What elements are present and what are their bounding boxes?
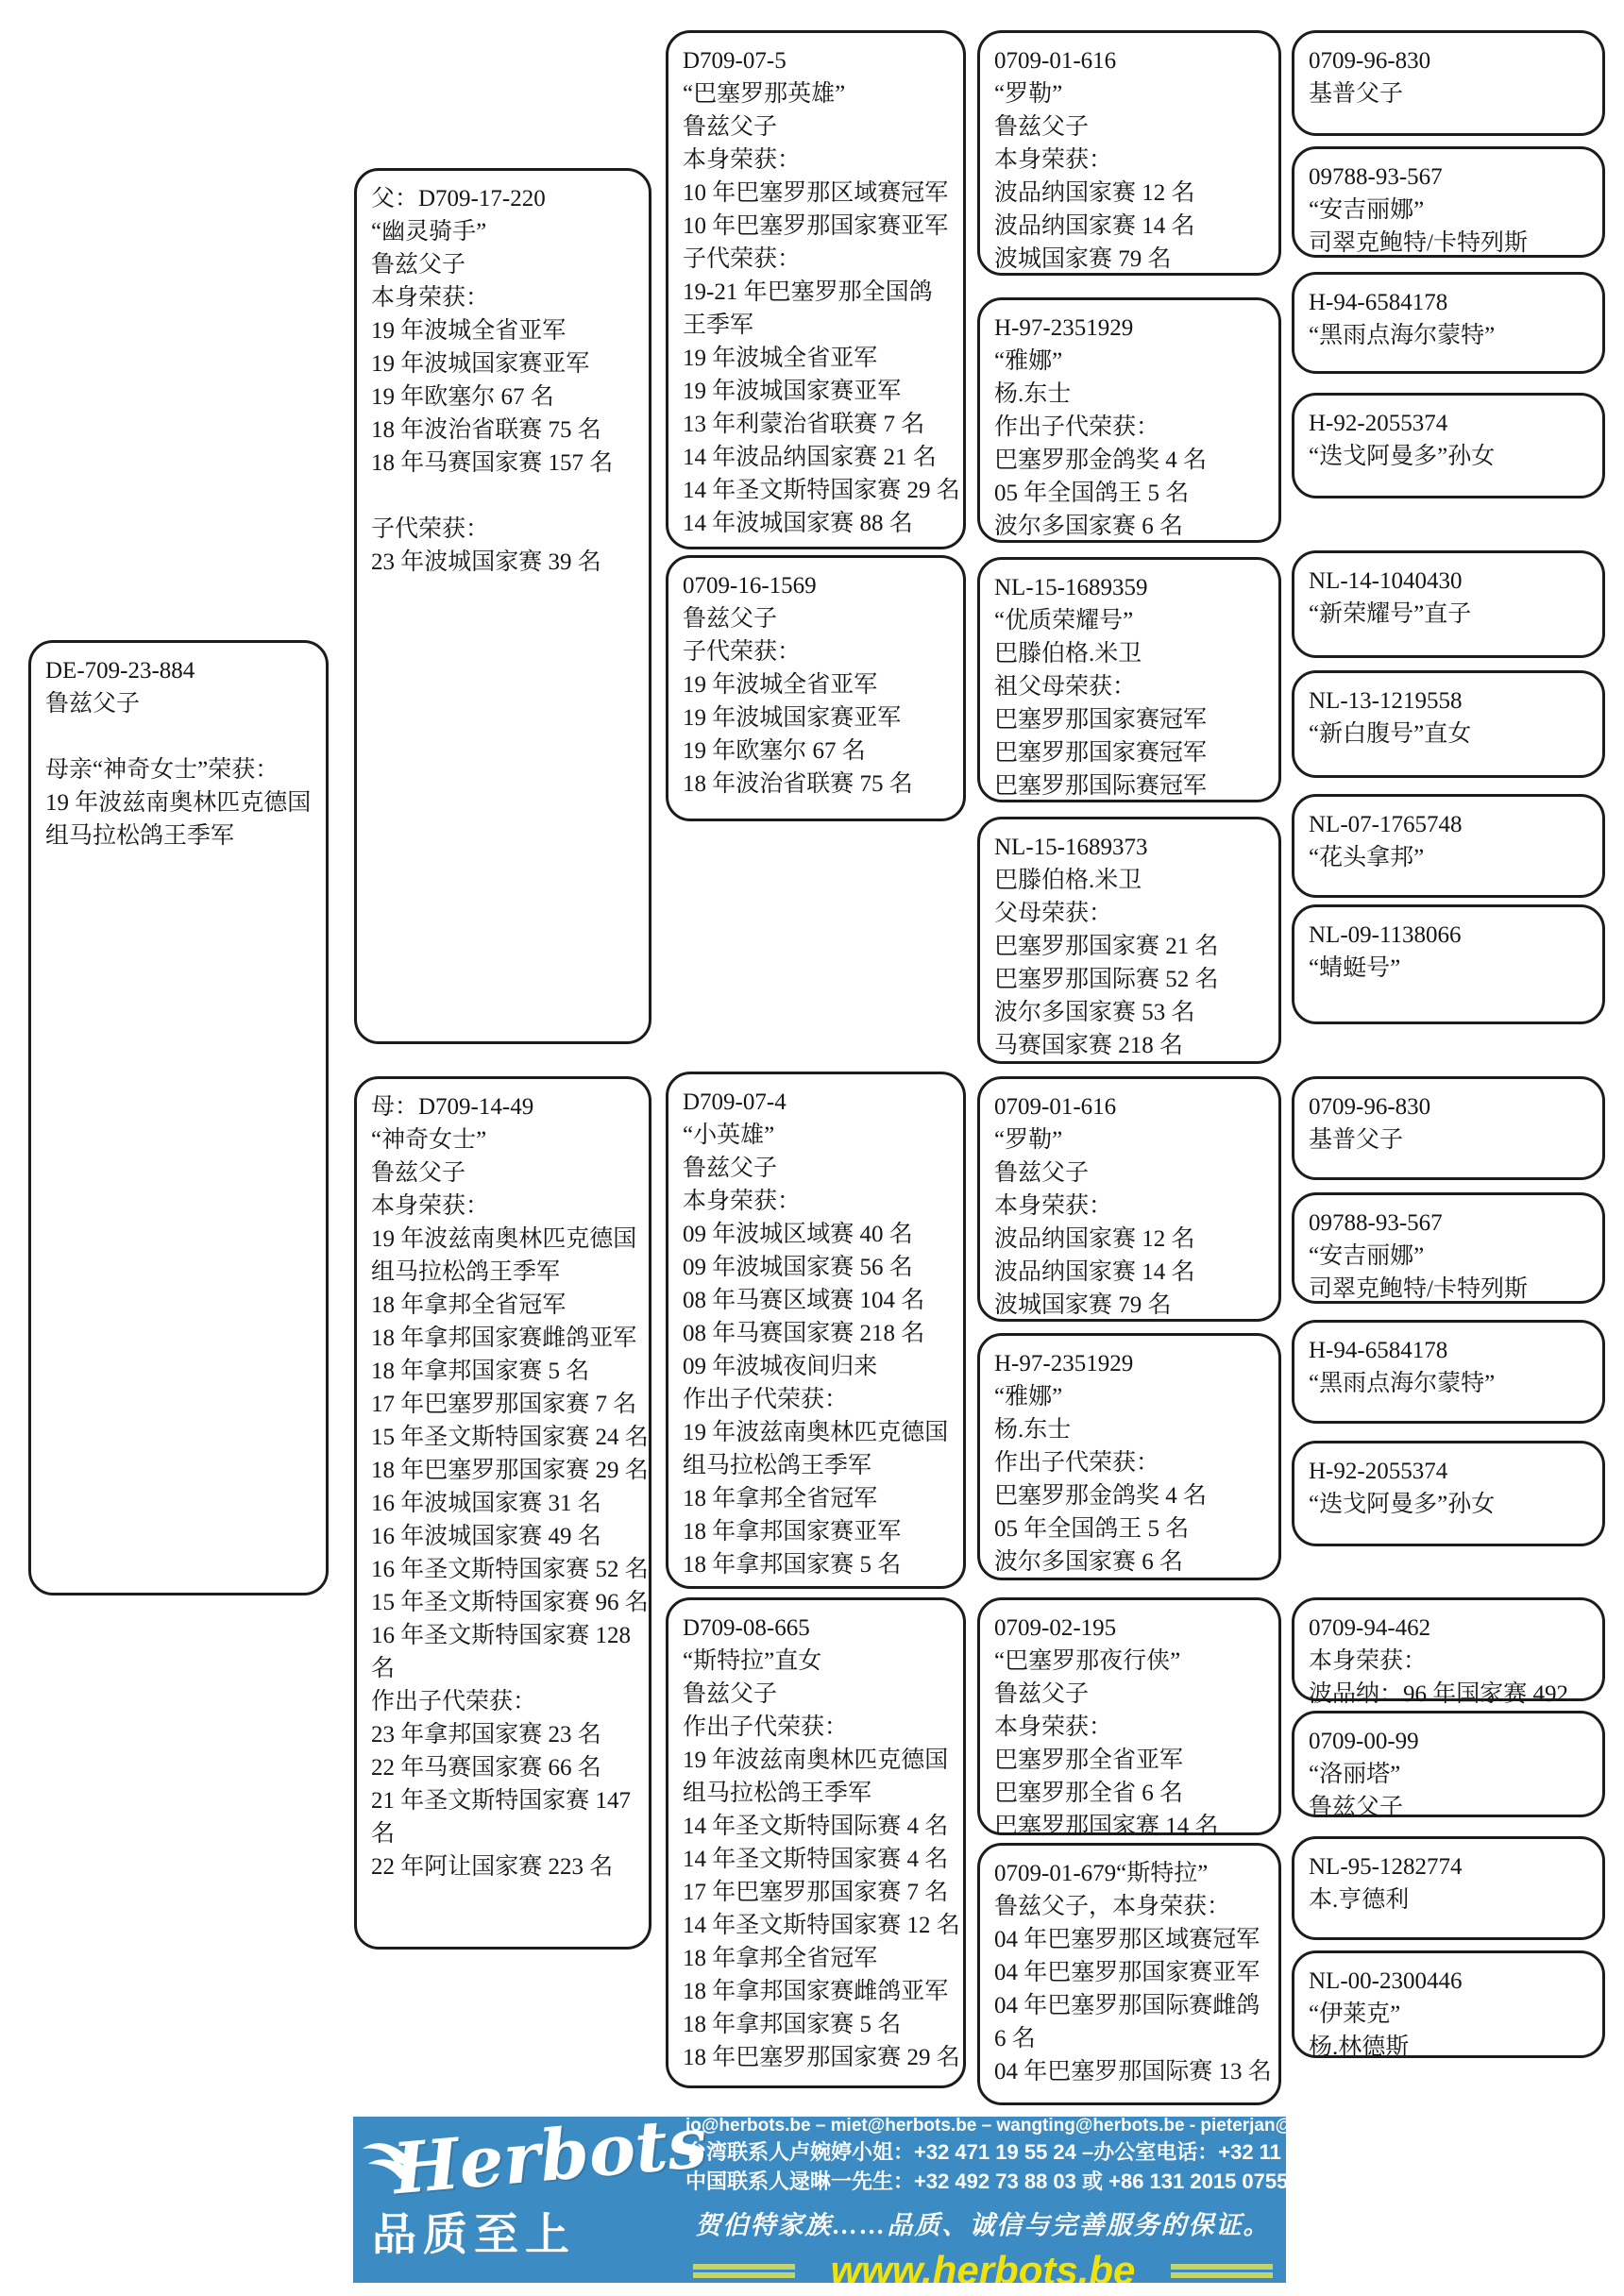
pedigree-line: 14 年圣文斯特国家赛 29 名 xyxy=(683,474,956,507)
pedigree-line: 名 xyxy=(371,1817,641,1850)
pedigree-line: 波城国家赛 79 名 xyxy=(994,1289,1271,1322)
footer-contact-china: 中国联系人逯晽一先生：+32 492 73 88 03 或 +86 131 20… xyxy=(685,2167,1280,2196)
stripe-right-icon xyxy=(1171,2264,1273,2278)
pedigree-line: “幽灵骑手” xyxy=(371,215,641,248)
pedigree-line: “巴塞罗那夜行侠” xyxy=(994,1645,1271,1678)
pedigree-box-gf-d709-07-5: D709-07-5“巴塞罗那英雄”鲁兹父子本身荣获：10 年巴塞罗那区域赛冠军1… xyxy=(666,30,966,549)
pedigree-line: 波品纳国家赛 12 名 xyxy=(994,177,1271,210)
pedigree-box-gf-d709-07-4: D709-07-4“小英雄”鲁兹父子本身荣获：09 年波城区域赛 40 名09 … xyxy=(666,1072,966,1589)
pedigree-line: 子代荣获： xyxy=(683,635,956,668)
pedigree-line: NL-95-1282774 xyxy=(1309,1850,1595,1883)
pedigree-box-ggm-h-97-2351929-b: H-97-2351929“雅娜”杨.东士作出子代荣获：巴塞罗那金鸽奖 4 名05… xyxy=(977,1333,1281,1580)
pedigree-line: 16 年圣文斯特国家赛 52 名 xyxy=(371,1553,641,1586)
pedigree-line: 19 年波城全省亚军 xyxy=(683,668,956,701)
pedigree-box-gggm-nl-09-1138066: NL-09-1138066“蜻蜓号” xyxy=(1292,904,1605,1024)
pedigree-line: 19 年波兹南奥林匹克德国 xyxy=(683,1744,956,1777)
pedigree-line: “黑雨点海尔蒙特” xyxy=(1309,319,1595,352)
pedigree-line: “新荣耀号”直子 xyxy=(1309,598,1595,631)
pedigree-line: 0709-02-195 xyxy=(994,1612,1271,1645)
pedigree-line: 18 年拿邦国家赛雌鸽亚军 xyxy=(683,1975,956,2008)
pedigree-line: 08 年马赛国家赛 218 名 xyxy=(683,1317,956,1350)
pedigree-line: “蜻蜓号” xyxy=(1309,952,1595,985)
pedigree-line: 组马拉松鸽王季军 xyxy=(683,1777,956,1810)
pedigree-line: 作出子代荣获： xyxy=(683,1383,956,1416)
pedigree-line: 17 年巴塞罗那国家赛 7 名 xyxy=(371,1388,641,1421)
pedigree-line: 04 年巴塞罗那国际赛雌鸽 xyxy=(994,1989,1271,2022)
pedigree-box-ggf-0709-01-616-a: 0709-01-616“罗勒”鲁兹父子本身荣获：波品纳国家赛 12 名波品纳国家… xyxy=(977,30,1281,276)
pedigree-line: 母：D709-14-49 xyxy=(371,1090,641,1123)
pedigree-line: 母亲“神奇女士”荣获： xyxy=(45,753,318,786)
footer-contact-taiwan: 台湾联系人卢婉婷小姐：+32 471 19 55 24 –办公室电话：+32 1… xyxy=(685,2137,1280,2167)
pedigree-line: 子代荣获： xyxy=(371,513,641,546)
pedigree-line: 0709-01-616 xyxy=(994,44,1271,77)
pedigree-line: “安吉丽娜” xyxy=(1309,1240,1595,1273)
pedigree-line: 09 年波城国家赛 56 名 xyxy=(683,1251,956,1284)
pedigree-line: 09 年波城区域赛 40 名 xyxy=(683,1218,956,1251)
pedigree-line: 14 年圣文斯特国家赛 12 名 xyxy=(683,1909,956,1942)
pedigree-line: 18 年拿邦国家赛 5 名 xyxy=(683,1548,956,1581)
pedigree-line: 14 年波品纳国家赛 21 名 xyxy=(683,441,956,474)
pedigree-line: 作出子代荣获： xyxy=(994,411,1271,444)
pedigree-box-gm-0709-16-1569: 0709-16-1569鲁兹父子子代荣获：19 年波城全省亚军19 年波城国家赛… xyxy=(666,555,966,821)
pedigree-line: 父母荣获： xyxy=(994,897,1271,930)
pedigree-line: “神奇女士” xyxy=(371,1123,641,1156)
pedigree-line: 本身荣获： xyxy=(1309,1645,1595,1678)
pedigree-box-father-d709-17-220: 父：D709-17-220“幽灵骑手”鲁兹父子本身荣获：19 年波城全省亚军19… xyxy=(354,168,651,1044)
pedigree-line: 09788-93-567 xyxy=(1309,1207,1595,1240)
pedigree-line: 巴滕伯格.米卫 xyxy=(994,637,1271,670)
pedigree-line: 10 年巴塞罗那区域赛冠军 xyxy=(683,177,956,210)
pedigree-line: 鲁兹父子 xyxy=(371,1156,641,1190)
pedigree-box-gggf-h-94-6584178-a: H-94-6584178“黑雨点海尔蒙特” xyxy=(1292,272,1605,374)
pedigree-line: 组马拉松鸽王季军 xyxy=(371,1256,641,1289)
pedigree-line: 18 年拿邦全省冠军 xyxy=(371,1289,641,1322)
pedigree-line: 基普父子 xyxy=(1309,1123,1595,1156)
pedigree-line: 波尔多国家赛 53 名 xyxy=(994,996,1271,1029)
footer-banner: Herbots 品质至上 jo@herbots.be – miet@herbot… xyxy=(353,2117,1286,2283)
pedigree-line: 组马拉松鸽王季军 xyxy=(683,1449,956,1482)
pedigree-line: 19 年欧塞尔 67 名 xyxy=(371,380,641,414)
pedigree-box-gggf-0709-94-462: 0709-94-462本身荣获：波品纳：96 年国家赛 492 xyxy=(1292,1597,1605,1701)
pedigree-line: 鲁兹父子 xyxy=(683,1678,956,1711)
pedigree-line: 作出子代荣获： xyxy=(994,1446,1271,1479)
pedigree-box-gggm-nl-13-1219558: NL-13-1219558“新白腹号”直女 xyxy=(1292,670,1605,778)
pedigree-box-gggf-0709-96-830-b: 0709-96-830基普父子 xyxy=(1292,1076,1605,1180)
pedigree-line: 23 年波城国家赛 39 名 xyxy=(371,546,641,579)
pedigree-line: 司翠克鲍特/卡特列斯 xyxy=(1309,1273,1595,1306)
pedigree-line: 巴塞罗那国家赛 21 名 xyxy=(994,930,1271,963)
pedigree-line: “巴塞罗那英雄” xyxy=(683,77,956,110)
pedigree-line: 波品纳国家赛 14 名 xyxy=(994,1256,1271,1289)
pedigree-line: NL-13-1219558 xyxy=(1309,684,1595,717)
pedigree-box-ggm-nl-15-1689373: NL-15-1689373巴滕伯格.米卫父母荣获：巴塞罗那国家赛 21 名巴塞罗… xyxy=(977,817,1281,1064)
pedigree-line: 19 年波兹南奥林匹克德国 xyxy=(683,1416,956,1449)
pedigree-line: “迭戈阿曼多”孙女 xyxy=(1309,1488,1595,1521)
pedigree-line: 18 年拿邦国家赛 5 名 xyxy=(683,2008,956,2041)
pedigree-line: 本身荣获： xyxy=(371,281,641,314)
pedigree-line: 祖父母荣获： xyxy=(994,670,1271,703)
pedigree-line: 18 年波治省联赛 75 名 xyxy=(683,768,956,801)
pedigree-line: 19 年波兹南奥林匹克德国 xyxy=(45,786,318,819)
pedigree-line: 21 年圣文斯特国家赛 147 xyxy=(371,1784,641,1817)
pedigree-line: 巴塞罗那国家赛冠军 xyxy=(994,736,1271,769)
pedigree-line: 巴滕伯格.米卫 xyxy=(994,864,1271,897)
pedigree-line: 本身荣获： xyxy=(683,1185,956,1218)
pedigree-line: 18 年拿邦全省冠军 xyxy=(683,1482,956,1515)
pedigree-line: 杨.东士 xyxy=(994,1413,1271,1446)
pedigree-line xyxy=(45,720,318,753)
pedigree-line: 09 年波城夜间归来 xyxy=(683,1350,956,1383)
pedigree-line: 鲁兹父子 xyxy=(994,110,1271,143)
pedigree-line: 14 年圣文斯特国家赛 4 名 xyxy=(683,1843,956,1876)
herbots-logo: Herbots 品质至上 xyxy=(366,2119,687,2263)
pedigree-line: 19 年波城国家赛亚军 xyxy=(683,375,956,408)
pedigree-line: 巴塞罗那全省亚军 xyxy=(994,1744,1271,1777)
pedigree-line: “罗勒” xyxy=(994,77,1271,110)
herbots-wordmark: Herbots xyxy=(390,2117,710,2207)
pedigree-line: 鲁兹父子 xyxy=(683,1152,956,1185)
pedigree-line: 鲁兹父子 xyxy=(994,1156,1271,1190)
pedigree-canvas: DE-709-23-884鲁兹父子母亲“神奇女士”荣获：19 年波兹南奥林匹克德… xyxy=(0,0,1624,2296)
pedigree-line: H-97-2351929 xyxy=(994,312,1271,345)
pedigree-line xyxy=(371,480,641,513)
pedigree-line: D709-08-665 xyxy=(683,1612,956,1645)
pedigree-line: “罗勒” xyxy=(994,1123,1271,1156)
pedigree-line: “雅娜” xyxy=(994,345,1271,378)
pedigree-line: 10 年巴塞罗那国家赛亚军 xyxy=(683,210,956,243)
pedigree-line: 鲁兹父子 xyxy=(371,248,641,281)
pedigree-line: 0709-01-679“斯特拉” xyxy=(994,1857,1271,1890)
pedigree-line: 09788-93-567 xyxy=(1309,160,1595,194)
pedigree-line: 6 名 xyxy=(994,2022,1271,2055)
pedigree-line: 04 年巴塞罗那区域赛冠军 xyxy=(994,1923,1271,1956)
pedigree-line: H-94-6584178 xyxy=(1309,286,1595,319)
pedigree-line: 19 年波城全省亚军 xyxy=(371,314,641,347)
pedigree-box-gm-d709-08-665: D709-08-665“斯特拉”直女鲁兹父子作出子代荣获：19 年波兹南奥林匹克… xyxy=(666,1597,966,2088)
pedigree-line: 作出子代荣获： xyxy=(371,1685,641,1718)
pedigree-line: 16 年波城国家赛 31 名 xyxy=(371,1487,641,1520)
pedigree-line: “斯特拉”直女 xyxy=(683,1645,956,1678)
pedigree-box-ggf-nl-15-1689359: NL-15-1689359“优质荣耀号”巴滕伯格.米卫祖父母荣获：巴塞罗那国家赛… xyxy=(977,557,1281,802)
pedigree-line: 14 年圣文斯特国际赛 4 名 xyxy=(683,1810,956,1843)
pedigree-line: 15 年圣文斯特国家赛 24 名 xyxy=(371,1421,641,1454)
pedigree-line: 19 年波城国家赛亚军 xyxy=(683,701,956,734)
pedigree-line: 19-21 年巴塞罗那全国鸽 xyxy=(683,276,956,309)
pedigree-box-gggm-09788-93-567-b: 09788-93-567“安吉丽娜”司翠克鲍特/卡特列斯 xyxy=(1292,1192,1605,1304)
pedigree-line: “新白腹号”直女 xyxy=(1309,717,1595,751)
pedigree-line: 18 年拿邦全省冠军 xyxy=(683,1942,956,1975)
pedigree-line: 19 年波城国家赛亚军 xyxy=(371,347,641,380)
pedigree-line: 16 年波城国家赛 49 名 xyxy=(371,1520,641,1553)
pedigree-line: “优质荣耀号” xyxy=(994,604,1271,637)
logo-slogan-cn: 品质至上 xyxy=(372,2200,687,2263)
pedigree-line: D709-07-4 xyxy=(683,1086,956,1119)
pedigree-line: 巴塞罗那国家赛 14 名 xyxy=(994,1810,1271,1843)
pedigree-line: 鲁兹父子，本身荣获： xyxy=(994,1890,1271,1923)
pedigree-line: 鲁兹父子 xyxy=(1309,1791,1595,1824)
pedigree-line: 22 年马赛国家赛 66 名 xyxy=(371,1751,641,1784)
pedigree-line: H-92-2055374 xyxy=(1309,407,1595,440)
pedigree-line: 0709-96-830 xyxy=(1309,44,1595,77)
pedigree-line: “花头拿邦” xyxy=(1309,841,1595,874)
pedigree-line: 杨.林德斯 xyxy=(1309,2031,1595,2064)
stripe-left-icon xyxy=(693,2264,795,2278)
pedigree-line: 父：D709-17-220 xyxy=(371,182,641,215)
pedigree-line: H-94-6584178 xyxy=(1309,1334,1595,1367)
pedigree-box-gggf-0709-96-830-a: 0709-96-830基普父子 xyxy=(1292,30,1605,136)
pedigree-line: 0709-96-830 xyxy=(1309,1090,1595,1123)
pedigree-line: 司翠克鲍特/卡特列斯 xyxy=(1309,227,1595,260)
pedigree-line: 05 年全国鸽王 5 名 xyxy=(994,1512,1271,1545)
pedigree-line: 14 年波城国家赛 88 名 xyxy=(683,507,956,540)
pedigree-line: 巴塞罗那金鸽奖 4 名 xyxy=(994,1479,1271,1512)
pedigree-line: 波尔多国家赛 6 名 xyxy=(994,510,1271,543)
footer-emails: jo@herbots.be – miet@herbots.be – wangti… xyxy=(685,2117,1280,2137)
pedigree-box-ggm-h-97-2351929-a: H-97-2351929“雅娜”杨.东士作出子代荣获：巴塞罗那金鸽奖 4 名05… xyxy=(977,297,1281,543)
pedigree-line: 鲁兹父子 xyxy=(683,602,956,635)
pedigree-line: “小英雄” xyxy=(683,1119,956,1152)
pedigree-box-ggf-0709-01-616-b: 0709-01-616“罗勒”鲁兹父子本身荣获：波品纳国家赛 12 名波品纳国家… xyxy=(977,1076,1281,1322)
footer-contact-block: jo@herbots.be – miet@herbots.be – wangti… xyxy=(685,2117,1280,2283)
pedigree-line: 0709-00-99 xyxy=(1309,1725,1595,1758)
pedigree-line: 04 年巴塞罗那国家赛亚军 xyxy=(994,1956,1271,1989)
pedigree-line: 18 年拿邦国家赛 5 名 xyxy=(371,1355,641,1388)
pedigree-line: 鲁兹父子 xyxy=(45,687,318,720)
pedigree-line: NL-00-2300446 xyxy=(1309,1965,1595,1998)
pedigree-line: H-97-2351929 xyxy=(994,1347,1271,1380)
pedigree-line: 巴塞罗那国际赛 52 名 xyxy=(994,963,1271,996)
pedigree-line: 18 年马赛国家赛 157 名 xyxy=(371,447,641,480)
pedigree-page: { "pedigree": { "boxes": [ {"id":"subjec… xyxy=(0,0,1624,2296)
pedigree-line: “迭戈阿曼多”孙女 xyxy=(1309,440,1595,473)
pedigree-line: 本身荣获： xyxy=(994,1711,1271,1744)
pedigree-line: 13 年利蒙治省联赛 7 名 xyxy=(683,408,956,441)
pedigree-line: 王季军 xyxy=(683,309,956,342)
pedigree-box-gggm-h-92-2055374-b: H-92-2055374“迭戈阿曼多”孙女 xyxy=(1292,1441,1605,1546)
pedigree-box-ggf-0709-02-195: 0709-02-195“巴塞罗那夜行侠”鲁兹父子本身荣获：巴塞罗那全省亚军巴塞罗… xyxy=(977,1597,1281,1835)
pedigree-line: 19 年波兹南奥林匹克德国 xyxy=(371,1223,641,1256)
pedigree-line: 19 年波城全省亚军 xyxy=(683,342,956,375)
pedigree-line: NL-15-1689359 xyxy=(994,571,1271,604)
pedigree-line: H-92-2055374 xyxy=(1309,1455,1595,1488)
pedigree-line: NL-09-1138066 xyxy=(1309,919,1595,952)
pedigree-line: 鲁兹父子 xyxy=(683,110,956,143)
pedigree-line: 基普父子 xyxy=(1309,77,1595,110)
pedigree-line: 18 年波治省联赛 75 名 xyxy=(371,414,641,447)
pedigree-box-gggm-0709-00-99: 0709-00-99“洛丽塔”鲁兹父子 xyxy=(1292,1711,1605,1817)
pedigree-line: 16 年圣文斯特国家赛 128 xyxy=(371,1619,641,1652)
pedigree-box-gggf-nl-95-1282774: NL-95-1282774本.亨德利 xyxy=(1292,1836,1605,1940)
pedigree-line: NL-14-1040430 xyxy=(1309,565,1595,598)
pedigree-box-gggm-09788-93-567-a: 09788-93-567“安吉丽娜”司翠克鲍特/卡特列斯 xyxy=(1292,146,1605,258)
pedigree-line: 巴塞罗那金鸽奖 4 名 xyxy=(994,444,1271,477)
pedigree-box-mother-d709-14-49: 母：D709-14-49“神奇女士”鲁兹父子本身荣获：19 年波兹南奥林匹克德国… xyxy=(354,1076,651,1950)
pedigree-line: 杨.东士 xyxy=(994,378,1271,411)
pedigree-box-ggm-0709-01-679: 0709-01-679“斯特拉”鲁兹父子，本身荣获：04 年巴塞罗那区域赛冠军0… xyxy=(977,1843,1281,2105)
pedigree-line: 鲁兹父子 xyxy=(994,1678,1271,1711)
pedigree-line: 名 xyxy=(371,1652,641,1685)
pedigree-line: 本身荣获： xyxy=(994,1190,1271,1223)
pedigree-line: 17 年巴塞罗那国家赛 7 名 xyxy=(683,1876,956,1909)
footer-family-slogan: 贺伯特家族……品质、诚信与完善服务的保证。 xyxy=(685,2211,1280,2239)
pedigree-line: 0709-16-1569 xyxy=(683,569,956,602)
pedigree-line: 波品纳：96 年国家赛 492 xyxy=(1309,1678,1595,1711)
pedigree-box-subject-de-709-23-884: DE-709-23-884鲁兹父子母亲“神奇女士”荣获：19 年波兹南奥林匹克德… xyxy=(28,640,329,1595)
pedigree-line: 组马拉松鸽王季军 xyxy=(45,819,318,853)
pedigree-line: 作出子代荣获： xyxy=(683,1711,956,1744)
pedigree-line: “黑雨点海尔蒙特” xyxy=(1309,1367,1595,1400)
pedigree-line: 08 年马赛区域赛 104 名 xyxy=(683,1284,956,1317)
footer-website-row: www.herbots.be xyxy=(685,2251,1280,2283)
pedigree-line: 22 年阿让国家赛 223 名 xyxy=(371,1850,641,1883)
pedigree-line: 本.亨德利 xyxy=(1309,1883,1595,1916)
pedigree-box-gggm-nl-00-2300446: NL-00-2300446“伊莱克”杨.林德斯 xyxy=(1292,1950,1605,2058)
pedigree-line: 0709-01-616 xyxy=(994,1090,1271,1123)
pedigree-line: DE-709-23-884 xyxy=(45,654,318,687)
pedigree-line: 巴塞罗那国家赛冠军 xyxy=(994,703,1271,736)
pedigree-line: 05 年全国鸽王 5 名 xyxy=(994,477,1271,510)
pedigree-line: 巴塞罗那全省 6 名 xyxy=(994,1777,1271,1810)
pedigree-line: 18 年巴塞罗那国家赛 29 名 xyxy=(683,2041,956,2074)
pedigree-line: NL-15-1689373 xyxy=(994,831,1271,864)
pedigree-line: 巴塞罗那国际赛冠军 xyxy=(994,769,1271,802)
pedigree-line: 波城国家赛 79 名 xyxy=(994,243,1271,276)
pedigree-line: 18 年拿邦国家赛雌鸽亚军 xyxy=(371,1322,641,1355)
pedigree-line: 04 年巴塞罗那国际赛 13 名 xyxy=(994,2055,1271,2088)
pedigree-line: 波品纳国家赛 12 名 xyxy=(994,1223,1271,1256)
pedigree-box-gggf-nl-14-1040430: NL-14-1040430“新荣耀号”直子 xyxy=(1292,550,1605,658)
pedigree-line: 19 年欧塞尔 67 名 xyxy=(683,734,956,768)
pedigree-line: 本身荣获： xyxy=(683,143,956,177)
pedigree-box-gggm-h-92-2055374-a: H-92-2055374“迭戈阿曼多”孙女 xyxy=(1292,393,1605,498)
pedigree-line: 本身荣获： xyxy=(371,1190,641,1223)
pedigree-line: 15 年圣文斯特国家赛 96 名 xyxy=(371,1586,641,1619)
pedigree-box-gggf-nl-07-1765748: NL-07-1765748“花头拿邦” xyxy=(1292,794,1605,898)
pedigree-line: “安吉丽娜” xyxy=(1309,194,1595,227)
pedigree-line: “伊莱克” xyxy=(1309,1998,1595,2031)
pedigree-line: 波品纳国家赛 14 名 xyxy=(994,210,1271,243)
pedigree-line: “雅娜” xyxy=(994,1380,1271,1413)
pedigree-box-gggf-h-94-6584178-b: H-94-6584178“黑雨点海尔蒙特” xyxy=(1292,1320,1605,1424)
pedigree-line: 子代荣获： xyxy=(683,243,956,276)
pedigree-line: 18 年巴塞罗那国家赛 29 名 xyxy=(371,1454,641,1487)
pedigree-line: 18 年拿邦国家赛亚军 xyxy=(683,1515,956,1548)
pedigree-line: 23 年拿邦国家赛 23 名 xyxy=(371,1718,641,1751)
pedigree-line: D709-07-5 xyxy=(683,44,956,77)
pedigree-line: 马赛国家赛 218 名 xyxy=(994,1029,1271,1062)
pedigree-line: NL-07-1765748 xyxy=(1309,808,1595,841)
pedigree-line: 0709-94-462 xyxy=(1309,1612,1595,1645)
pedigree-line: 本身荣获： xyxy=(994,143,1271,177)
pedigree-line: 波尔多国家赛 6 名 xyxy=(994,1545,1271,1578)
footer-website-url: www.herbots.be xyxy=(831,2251,1136,2283)
pedigree-line: “洛丽塔” xyxy=(1309,1758,1595,1791)
